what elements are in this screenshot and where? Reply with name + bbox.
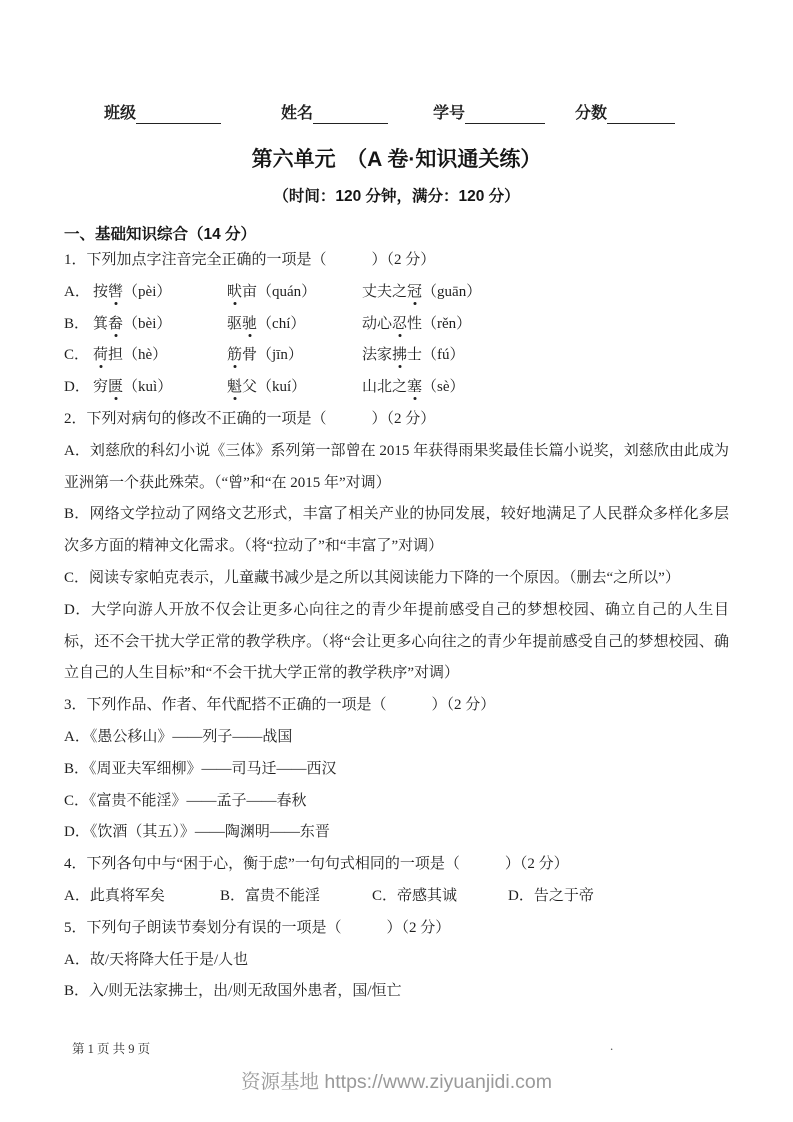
questions: 1．下列加点字注音完全正确的一项是（ ）（2 分） A． 按辔（pèi） 畎亩（… — [64, 245, 729, 1008]
q1-option-d: D． 穷匮（kuì） 魁父（kuí） 山北之塞（sè） — [64, 372, 729, 404]
q1-stem: 1．下列加点字注音完全正确的一项是（ ）（2 分） — [64, 245, 729, 277]
emphasized-char: 冠 — [407, 284, 422, 300]
student-number-field: 学号 — [433, 104, 545, 124]
q1-word: 动心忍性（rěn） — [362, 309, 729, 341]
q1-option-b: B． 箕畚（bèi） 驱驰（chí） 动心忍性（rěn） — [64, 309, 729, 341]
emphasized-char: 荷 — [93, 347, 108, 363]
q5-option-a: A．故/天将降大任于是/人也 — [64, 945, 729, 977]
stray-period-mark: . — [610, 1038, 613, 1054]
q2-option-d: D．大学向游人开放不仅会让更多心向往之的青少年提前感受自己的梦想校园、确立自己的… — [64, 595, 729, 690]
name-field-label: 姓名 — [281, 104, 313, 124]
score-field-label: 分数 — [575, 104, 607, 124]
emphasized-char: 驰 — [242, 316, 257, 332]
q1-word: 荷担（hè） — [93, 340, 227, 372]
q4-option-b: B．富贵不能淫 — [220, 881, 372, 913]
option-label: C． — [64, 340, 93, 372]
student-number-field-label: 学号 — [433, 104, 465, 124]
q4-stem: 4．下列各句中与“困于心，衡于虑”一句句式相同的一项是（ ）（2 分） — [64, 849, 729, 881]
emphasized-char: 辔 — [108, 284, 123, 300]
paper-subtitle: （时间：120 分钟，满分：120 分） — [64, 186, 729, 207]
option-label: A． — [64, 277, 93, 309]
q1-option-c: C． 荷担（hè） 筋骨（jīn） 法家拂士（fú） — [64, 340, 729, 372]
q2-option-b: B．网络文学拉动了网络文艺形式，丰富了相关产业的协同发展，较好地满足了人民群众多… — [64, 499, 729, 563]
q1-option-a: A． 按辔（pèi） 畎亩（quán） 丈夫之冠（guān） — [64, 277, 729, 309]
q4-options-row: A．此真将军矣 B．富贵不能淫 C．帝感其诚 D．告之于帝 — [64, 881, 729, 913]
page-content: 班级 姓名 学号 分数 第六单元 （A 卷·知识通关练） （时间：120 分钟，… — [64, 104, 729, 1008]
exam-paper-page: 班级 姓名 学号 分数 第六单元 （A 卷·知识通关练） （时间：120 分钟，… — [0, 0, 793, 1122]
q5-option-b: B．入/则无法家拂士，出/则无敌国外患者，国/恒亡 — [64, 976, 729, 1008]
q3-option-d: D．《饮酒（其五）》——陶渊明——东晋 — [64, 817, 729, 849]
q3-option-b: B．《周亚夫军细柳》——司马迁——西汉 — [64, 754, 729, 786]
score-field-blank — [607, 106, 675, 124]
emphasized-char: 筋 — [227, 347, 242, 363]
student-info-line: 班级 姓名 学号 分数 — [64, 104, 729, 124]
name-field-blank — [313, 106, 388, 124]
section-heading: 一、基础知识综合（14 分） — [64, 225, 729, 245]
site-watermark: 资源基地 https://www.ziyuanjidi.com — [0, 1066, 793, 1094]
q3-stem: 3．下列作品、作者、年代配搭不正确的一项是（ ）（2 分） — [64, 690, 729, 722]
emphasized-char: 塞 — [407, 379, 422, 395]
q1-word: 箕畚（bèi） — [93, 309, 227, 341]
q5-stem: 5．下列句子朗读节奏划分有误的一项是（ ）（2 分） — [64, 913, 729, 945]
class-field-label: 班级 — [104, 104, 136, 124]
paper-title: 第六单元 （A 卷·知识通关练） — [64, 146, 729, 174]
emphasized-char: 忍 — [392, 316, 407, 332]
q2-option-a: A．刘慈欣的科幻小说《三体》系列第一部曾在 2015 年获得雨果奖最佳长篇小说奖… — [64, 436, 729, 500]
emphasized-char: 拂 — [392, 347, 407, 363]
score-field: 分数 — [575, 104, 675, 124]
q4-option-a: A．此真将军矣 — [64, 881, 220, 913]
option-label: B． — [64, 309, 93, 341]
q1-word: 丈夫之冠（guān） — [362, 277, 729, 309]
emphasized-char: 畎 — [227, 284, 242, 300]
class-field-blank — [136, 106, 221, 124]
q1-word: 法家拂士（fú） — [362, 340, 729, 372]
emphasized-char: 畚 — [108, 316, 123, 332]
q3-option-a: A．《愚公移山》——列子——战国 — [64, 722, 729, 754]
page-number-footer: 第 1 页 共 9 页 — [72, 1039, 150, 1057]
q3-option-c: C．《富贵不能淫》——孟子——春秋 — [64, 786, 729, 818]
q1-word: 山北之塞（sè） — [362, 372, 729, 404]
emphasized-char: 匮 — [108, 379, 123, 395]
q4-option-d: D．告之于帝 — [508, 881, 729, 913]
q1-word: 穷匮（kuì） — [93, 372, 227, 404]
q1-word: 魁父（kuí） — [227, 372, 362, 404]
option-label: D． — [64, 372, 93, 404]
q2-stem: 2．下列对病句的修改不正确的一项是（ ）（2 分） — [64, 404, 729, 436]
q4-option-c: C．帝感其诚 — [372, 881, 508, 913]
class-field: 班级 — [104, 104, 221, 124]
q1-word: 按辔（pèi） — [93, 277, 227, 309]
student-number-field-blank — [465, 106, 545, 124]
q2-option-c: C．阅读专家帕克表示，儿童藏书减少是之所以其阅读能力下降的一个原因。（删去“之所… — [64, 563, 729, 595]
emphasized-char: 魁 — [227, 379, 242, 395]
name-field: 姓名 — [281, 104, 388, 124]
q1-word: 驱驰（chí） — [227, 309, 362, 341]
q1-word: 筋骨（jīn） — [227, 340, 362, 372]
q1-word: 畎亩（quán） — [227, 277, 362, 309]
